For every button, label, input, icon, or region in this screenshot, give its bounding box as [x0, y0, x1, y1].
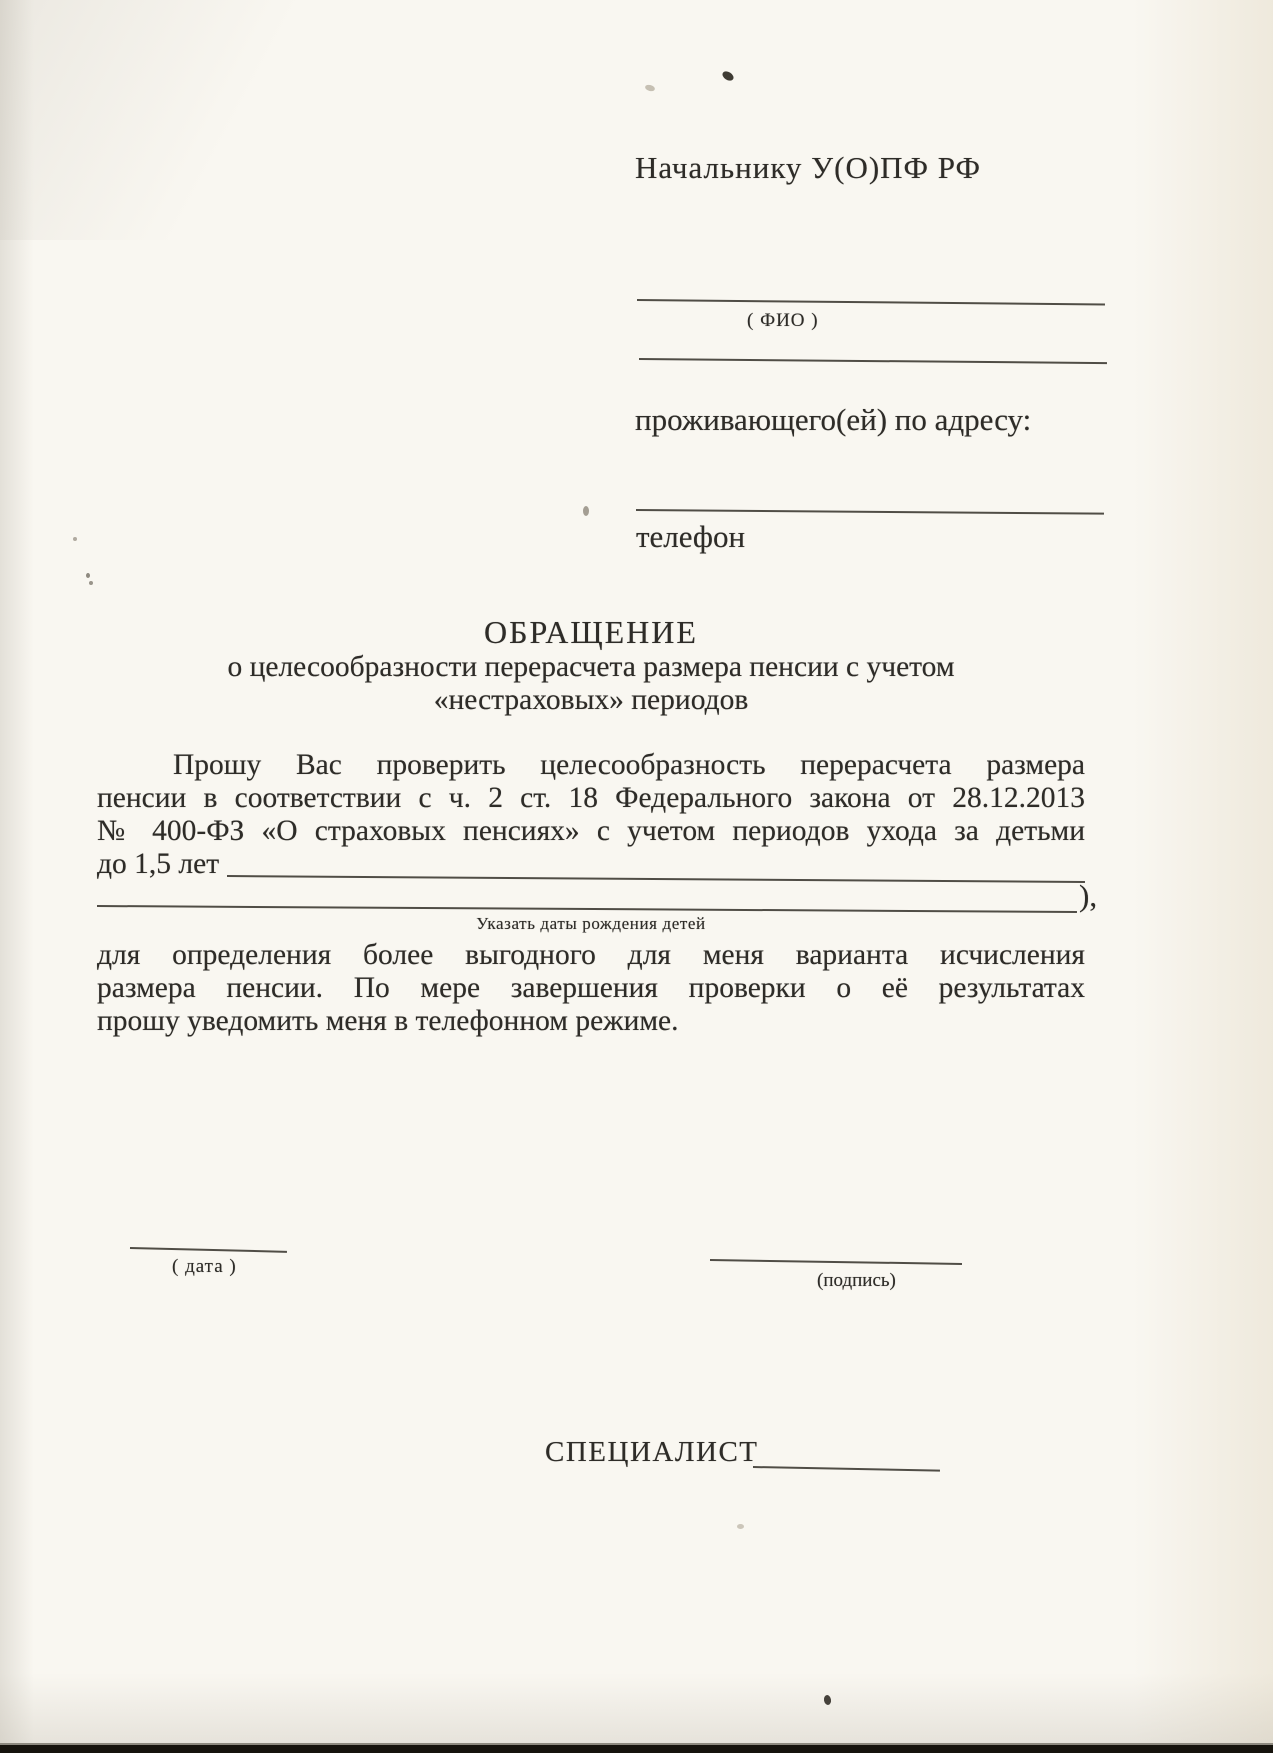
fio-blank-line [637, 299, 1105, 305]
scan-shadow-left-edge [0, 0, 34, 1753]
scan-speck [86, 573, 90, 578]
paragraph-1: Прошу Вас проверить целесообразность пер… [97, 749, 1085, 881]
paragraph-2-line-1: для определения более выгодного для меня… [97, 939, 1085, 972]
children-age-label: до 1,5 лет [97, 848, 219, 881]
signature-blank-line [710, 1259, 962, 1265]
signature-caption: (подпись) [817, 1270, 896, 1292]
children-dob-blank-line-2 [97, 905, 1077, 913]
scan-shadow-bottom [0, 1673, 1273, 1743]
scan-speck [644, 84, 655, 92]
scan-speck [89, 581, 93, 585]
scanned-document-page: Начальнику У(О)ПФ РФ ( ФИО ) проживающег… [0, 0, 1273, 1753]
paragraph-2: для определения более выгодного для меня… [97, 939, 1085, 1038]
address-blank-line [636, 509, 1104, 515]
specialist-label: СПЕЦИАЛИСТ [545, 1436, 759, 1469]
fio-caption: ( ФИО ) [747, 310, 819, 332]
address-label: проживающего(ей) по адресу: [635, 402, 1031, 438]
document-subtitle-line-1: о целесообразности перерасчета размера п… [97, 651, 1085, 684]
children-dob-hint: Указать даты рождения детей [97, 914, 1085, 934]
title-block: ОБРАЩЕНИЕ о целесообразности перерасчета… [97, 614, 1085, 717]
date-blank-line [130, 1247, 287, 1253]
scanner-edge-bar [0, 1743, 1273, 1753]
scan-shadow-right-edge [1133, 0, 1273, 1753]
document-title: ОБРАЩЕНИЕ [97, 614, 1085, 651]
fio-blank-line-2 [639, 358, 1107, 364]
date-caption: ( дата ) [172, 1256, 237, 1278]
paragraph-2-line-3: прошу уведомить меня в телефонном режиме… [97, 1005, 1085, 1038]
paragraph-2-line-2: размера пенсии. По мере завершения прове… [97, 972, 1085, 1005]
scan-speck [721, 69, 735, 82]
scan-speck [73, 537, 77, 541]
paragraph-1-line-4: до 1,5 лет [97, 848, 1085, 881]
closing-paren: ), [1079, 878, 1097, 914]
recipient-line: Начальнику У(О)ПФ РФ [635, 150, 981, 186]
paragraph-1-line-3: № 400-ФЗ «О страховых пенсиях» с учетом … [97, 815, 1085, 848]
document-subtitle-line-2: «нестраховых» периодов [97, 684, 1085, 717]
paragraph-1-line-1: Прошу Вас проверить целесообразность пер… [97, 749, 1085, 782]
specialist-blank-line [753, 1466, 940, 1472]
children-dob-blank-row: ), [97, 878, 1107, 914]
phone-label: телефон [636, 519, 745, 555]
scan-speck [737, 1524, 744, 1529]
scan-speck [583, 506, 589, 516]
scan-shadow-top-left [0, 0, 420, 240]
paragraph-1-line-2: пенсии в соответствии с ч. 2 ст. 18 Феде… [97, 782, 1085, 815]
